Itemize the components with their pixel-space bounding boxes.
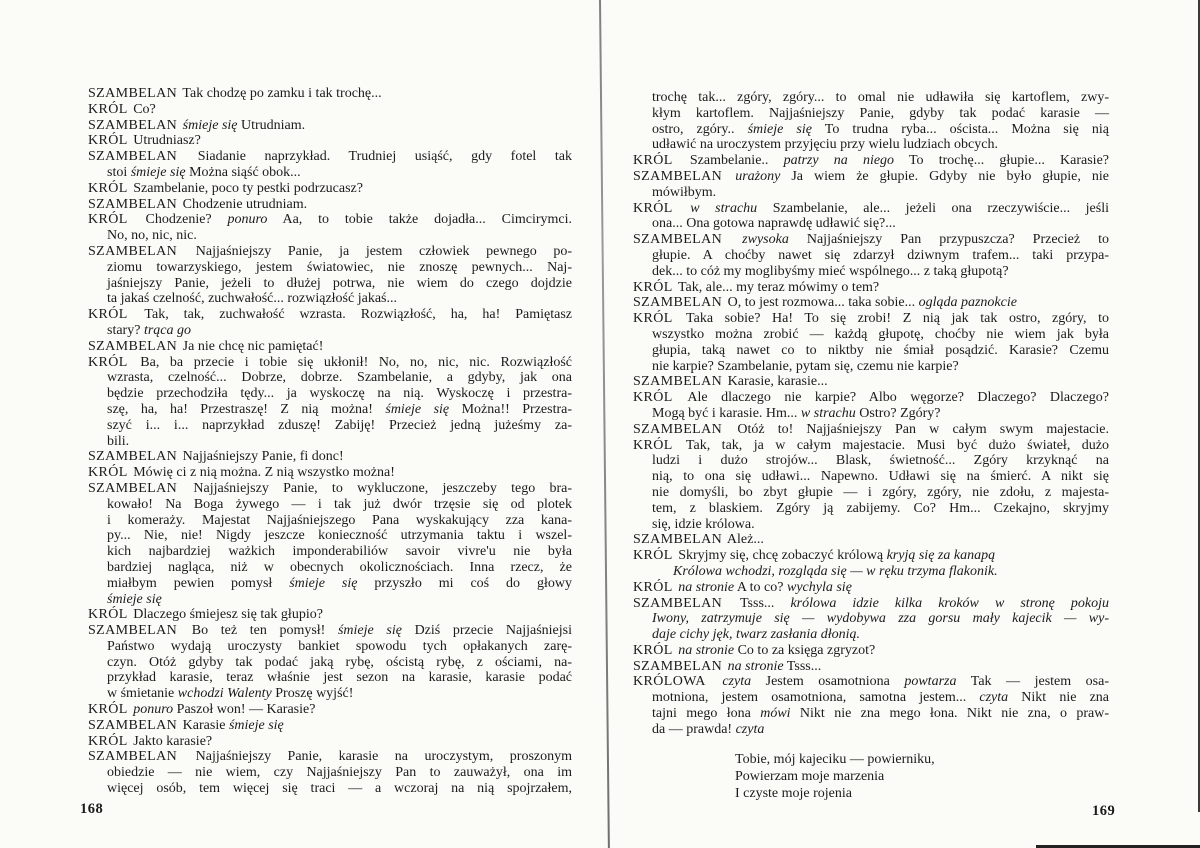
dialogue-text: głupie. A choćby nawet się zdarzył dziwn… (652, 248, 1109, 263)
stage-direction: mówi (760, 706, 790, 721)
play-line: Mogą być i karasie. Hm... w strachu Ostr… (633, 406, 1109, 422)
play-line: KRÓL Tak, tak, zuchwałość wzrasta. Rozwi… (88, 307, 572, 323)
stage-direction: Królowa wchodzi, rozgląda się — w ręku t… (673, 564, 998, 579)
play-line: KRÓL Tak, tak, ja w całym majestacie. Mu… (633, 438, 1109, 454)
play-line: SZAMBELAN Karasie śmieje się (88, 718, 572, 734)
play-line: SZAMBELAN Najjaśniejszy Panie, karasie n… (88, 749, 572, 765)
speaker-name: KRÓL (88, 734, 128, 749)
play-line: więcej osób, tem więcej się traci — a wc… (88, 781, 572, 797)
play-line: KRÓL Utrudniasz? (88, 133, 572, 149)
dialogue-text: To trudna ryba... oścista... Można się n… (812, 122, 1109, 137)
speaker-name: SZAMBELAN (633, 532, 722, 547)
dialogue-text: się, idzie królowa. (652, 517, 755, 532)
dialogue-text: Dlaczego śmiejesz się tak głupio? (130, 607, 323, 622)
speaker-name: SZAMBELAN (633, 596, 722, 611)
stage-direction: kryją się za kanapą (887, 548, 995, 563)
play-line: udławić na uroczystem przyjęciu przy wie… (633, 137, 1109, 153)
play-line: szyć i... i... naprzykład zduszę! Zabiję… (88, 418, 572, 434)
stage-direction: na stronie (675, 580, 734, 595)
play-line: przykład karasie, teraz właśnie jest sez… (88, 670, 572, 686)
play-line: KRÓL Taka sobie? Ha! To się zrobi! Z nią… (633, 311, 1109, 327)
stage-direction: ponuro (130, 702, 173, 717)
play-line: stary? trąca go (88, 323, 572, 339)
dialogue-text: ostro, zgóry.. (652, 122, 748, 137)
dialogue-text: Karasie, karasie... (724, 374, 827, 389)
dialogue-text: ziomu towarzyskiego, jestem światowiec, … (107, 260, 572, 275)
speaker-name: KRÓL (88, 355, 128, 370)
speaker-name: SZAMBELAN (633, 374, 722, 389)
play-line: głupie. A choćby nawet się zdarzył dziwn… (633, 248, 1109, 264)
play-line: KRÓL Jakto karasie? (88, 734, 572, 750)
dialogue-text: stoi (107, 165, 131, 180)
dialogue-text: nie karpie? Szambelanie, pytam się, czem… (652, 359, 959, 374)
play-line: wzrasta, czelność... Dobrze, dobrze. Sza… (88, 370, 572, 386)
play-line: No, no, nic, nic. (88, 228, 572, 244)
play-line: tem, z blaskiem. Zgóry ją zabijemy. Co? … (633, 501, 1109, 517)
stage-direction: czyta (708, 674, 751, 689)
speaker-name: SZAMBELAN (88, 623, 177, 638)
play-line: i komeraży. Majestat Najjaśniejszego Pan… (88, 513, 572, 529)
play-line: jaśniejszy Panie, jeżeli to dłużej potrw… (88, 276, 572, 292)
play-line: SZAMBELAN Tak chodzę po zamku i tak troc… (88, 86, 572, 102)
play-line: śmieje się (88, 592, 572, 608)
dialogue-text: Utrudniam. (238, 118, 306, 133)
dialogue-text: Szambelanie.. (675, 153, 784, 168)
stage-direction: wychyla się (787, 580, 852, 595)
speaker-name: SZAMBELAN (633, 659, 722, 674)
play-line: ludzi i dużo strojów... Blask, świetność… (633, 453, 1109, 469)
right-page-text: trochę tak... zgóry, zgóry... to omal ni… (633, 90, 1109, 802)
stage-direction: śmieje się (179, 118, 237, 133)
speaker-name: SZAMBELAN (633, 295, 722, 310)
play-line: SZAMBELAN Bo też ten pomysł! śmieje się … (88, 623, 572, 639)
speaker-name: KRÓL (633, 643, 673, 658)
speaker-name: KRÓL (88, 181, 128, 196)
dialogue-text: Skryjmy się, chcę zobaczyć królową (675, 548, 887, 563)
play-line: KRÓL Chodzenie? ponuro Aa, to tobie takż… (88, 212, 572, 228)
stage-direction: śmieje się (289, 576, 357, 591)
stage-direction: Iwony, zatrzymuje się — wydobywa zza gor… (652, 611, 1109, 626)
dialogue-text: motniona, jestem osamotniona, samotna je… (652, 690, 979, 705)
dialogue-text: Karasie (179, 718, 229, 733)
dialogue-text: bili. (107, 434, 129, 449)
speaker-name: SZAMBELAN (88, 149, 177, 164)
dialogue-text: Ostro? Zgóry? (856, 406, 941, 421)
play-line: głupia, taką nawet co to niktby nie śmia… (633, 343, 1109, 359)
dialogue-text: przyszło mi coś do głowy (357, 576, 572, 591)
speaker-name: KRÓL (633, 438, 673, 453)
play-line: KRÓL Tak, ale... my teraz mówimy o tem? (633, 280, 1109, 296)
speaker-name: SZAMBELAN (88, 481, 177, 496)
dialogue-text: Można!! Przestra- (449, 402, 572, 417)
speaker-name: KRÓL (88, 102, 128, 117)
speaker-name: KRÓL (88, 465, 128, 480)
play-line: ona... Ona gotowa naprawdę udławić się?.… (633, 216, 1109, 232)
speaker-name: SZAMBELAN (633, 169, 722, 184)
stage-direction: ponuro (227, 212, 267, 227)
play-line: SZAMBELAN Tsss... królowa idzie kilka kr… (633, 596, 1109, 612)
dialogue-text: nią, to ona się udławi... Napewno. Udław… (652, 469, 1109, 484)
speaker-name: SZAMBELAN (88, 244, 177, 259)
dialogue-text: A to co? (734, 580, 787, 595)
play-line: SZAMBELAN Chodzenie utrudniam. (88, 197, 572, 213)
play-line: SZAMBELAN śmieje się Utrudniam. (88, 118, 572, 134)
stage-direction: na stronie (724, 659, 783, 674)
play-line: ziomu towarzyskiego, jestem światowiec, … (88, 260, 572, 276)
speaker-name: SZAMBELAN (88, 449, 177, 464)
dialogue-text: Państwo wydają uroczysty bankiet spowodu… (107, 639, 572, 654)
play-line: py... Nie, nie! Nigdy jeszcze koniecznoś… (88, 528, 572, 544)
stage-direction: urażony (724, 169, 780, 184)
dialogue-text: Najjaśniejszy Panie, karasie na uroczyst… (179, 749, 572, 764)
play-line: miałbym pewien pomysł śmieje się przyszł… (88, 576, 572, 592)
dialogue-text: w śmietanie (107, 686, 178, 701)
stage-direction: czyta (736, 722, 765, 737)
book-scan: SZAMBELAN Tak chodzę po zamku i tak troc… (0, 0, 1200, 848)
play-line: bardziej nagląca, niż w obecnych okolicz… (88, 560, 572, 576)
dialogue-text: Można siąść obok... (186, 165, 301, 180)
dialogue-text: Aa, to tobie także dojadła... Cimcirymci… (267, 212, 572, 227)
dialogue-text: Bo też ten pomysł! (179, 623, 338, 638)
book-gutter (599, 0, 610, 848)
dialogue-text: O, to jest rozmowa... taka sobie... (724, 295, 918, 310)
play-line: SZAMBELAN na stronie Tsss... (633, 659, 1109, 675)
play-line: się, idzie królowa. (633, 517, 1109, 533)
speaker-name: SZAMBELAN (633, 422, 722, 437)
dialogue-text: udławić na uroczystem przyjęciu przy wie… (652, 137, 998, 152)
dialogue-text: Mówię ci z nią można. Z nią wszystko moż… (130, 465, 395, 480)
dialogue-text: Proszę wyjść! (272, 686, 354, 701)
dialogue-text: i komeraży. Majestat Najjaśniejszego Pan… (107, 513, 572, 528)
stage-direction: powtarza (904, 674, 956, 689)
dialogue-text: nie domyśli, bo zbyt głupie — i zgóry, z… (652, 485, 1109, 500)
play-line: KRÓL na stronie A to co? wychyla się (633, 580, 1109, 596)
dialogue-text: więcej osób, tem więcej się traci — a wc… (107, 781, 572, 796)
speaker-name: SZAMBELAN (88, 339, 177, 354)
speaker-name: KRÓLOWA (633, 674, 706, 689)
stage-direction: na stronie (675, 643, 734, 658)
play-line: motniona, jestem osamotniona, samotna je… (633, 690, 1109, 706)
dialogue-text: głupia, taką nawet co to niktby nie śmia… (652, 343, 1109, 358)
play-line: KRÓL Mówię ci z nią można. Z nią wszystk… (88, 465, 572, 481)
play-line: SZAMBELAN Najjaśniejszy Panie, ja jestem… (88, 244, 572, 260)
speaker-name: KRÓL (88, 607, 128, 622)
dialogue-text: da — prawda! (652, 722, 736, 737)
stage-direction: śmieje się (748, 122, 812, 137)
play-line: Państwo wydają uroczysty bankiet spowodu… (88, 639, 572, 655)
speaker-name: KRÓL (88, 133, 128, 148)
dialogue-text: czyn. Otóż gdyby tak podać jaką rybę, oś… (107, 655, 572, 670)
dialogue-text: Ale dlaczego nie karpie? Albo węgorze? D… (675, 390, 1109, 405)
play-line: KRÓL w strachu Szambelanie, ale... jeżel… (633, 201, 1109, 217)
dialogue-text: ta jakaś czelność, zuchwałość... rozwiąz… (107, 291, 397, 306)
page-number-left: 168 (80, 801, 103, 818)
dialogue-text: będzie przechodziła tędy... ja wyskoczę … (107, 386, 572, 401)
dialogue-text: Nikt nie zna (1008, 690, 1109, 705)
play-line: kowało! Na Boga żywego — i tak już dwór … (88, 497, 572, 513)
speaker-name: KRÓL (633, 311, 673, 326)
speaker-name: KRÓL (88, 702, 128, 717)
dialogue-text: Paszoł won! — Karasie? (173, 702, 315, 717)
play-line: dek... to cóż my moglibyśmy mieć wspólne… (633, 264, 1109, 280)
dialogue-text: Szambelanie, ale... jeżeli ona rzeczywiś… (757, 201, 1109, 216)
play-line: trochę tak... zgóry, zgóry... to omal ni… (633, 90, 1109, 106)
speaker-name: SZAMBELAN (633, 232, 722, 247)
dialogue-text: Otóż to! Najjaśniejszy Pan w całym swym … (724, 422, 1109, 437)
play-line: nie karpie? Szambelanie, pytam się, czem… (633, 359, 1109, 375)
dialogue-text: No, no, nic, nic. (107, 228, 197, 243)
stage-direction: ogląda paznokcie (919, 295, 1017, 310)
dialogue-text: Tsss... (784, 659, 822, 674)
dialogue-text: przykład karasie, teraz właśnie jest sez… (107, 670, 572, 685)
play-line: Tobie, mój kajeciku — powierniku, (633, 751, 1109, 768)
play-line: KRÓL na stronie Co to za księga zgryzot? (633, 643, 1109, 659)
play-line: KRÓL Ale dlaczego nie karpie? Albo węgor… (633, 390, 1109, 406)
dialogue-text: Tak, ale... my teraz mówimy o tem? (675, 280, 879, 295)
stage-direction: czyta (979, 690, 1008, 705)
dialogue-text: Najjaśniejszy Panie, to wykluczone, jesz… (179, 481, 572, 496)
dialogue-text: Najjaśniejszy Panie, fi donc! (179, 449, 343, 464)
play-line: mówiłbym. (633, 185, 1109, 201)
play-line: SZAMBELAN Siadanie naprzykład. Trudniej … (88, 149, 572, 165)
stage-direction: śmieje się (338, 623, 402, 638)
dialogue-text: Tak — jestem osa- (956, 674, 1109, 689)
dialogue-text: Dziś przecie Najjaśniejsi (402, 623, 572, 638)
dialogue-text: mówiłbym. (652, 185, 716, 200)
speaker-name: KRÓL (633, 153, 673, 168)
dialogue-text: bardziej nagląca, niż w obecnych okolicz… (107, 560, 572, 575)
stage-direction: w strachu (675, 201, 757, 216)
dialogue-text: Chodzenie utrudniam. (179, 197, 307, 212)
speaker-name: KRÓL (633, 280, 673, 295)
speaker-name: SZAMBELAN (88, 118, 177, 133)
dialogue-text: szyć i... i... naprzykład zduszę! Zabiję… (107, 418, 572, 433)
play-line: SZAMBELAN Otóż to! Najjaśniejszy Pan w c… (633, 422, 1109, 438)
dialogue-text: Jakto karasie? (130, 734, 212, 749)
speaker-name: SZAMBELAN (88, 197, 177, 212)
speaker-name: KRÓL (88, 307, 128, 322)
play-line: da — prawda! czyta (633, 722, 1109, 738)
play-line: czyn. Otóż gdyby tak podać jaką rybę, oś… (88, 655, 572, 671)
dialogue-text: Ja nie chcę nic pamiętać! (179, 339, 323, 354)
play-line: KRÓL Skryjmy się, chcę zobaczyć królową … (633, 548, 1109, 564)
play-line: SZAMBELAN Ja nie chcę nic pamiętać! (88, 339, 572, 355)
left-page-text: SZAMBELAN Tak chodzę po zamku i tak troc… (88, 86, 572, 797)
dialogue-text: To trochę... głupie... Karasie? (894, 153, 1109, 168)
dialogue-text: py... Nie, nie! Nigdy jeszcze koniecznoś… (107, 528, 572, 543)
dialogue-text: Tobie, mój kajeciku — powierniku, (735, 752, 935, 767)
speaker-name: KRÓL (633, 201, 673, 216)
play-line: KRÓL Szambelanie, poco ty pestki podrzuc… (88, 181, 572, 197)
dialogue-text: Chodzenie? (130, 212, 228, 227)
dialogue-text: Siadanie naprzykład. Trudniej usiąść, gd… (179, 149, 572, 164)
speaker-name: KRÓL (633, 390, 673, 405)
dialogue-text: Utrudniasz? (130, 133, 201, 148)
play-line: I czyste moje rojenia (633, 785, 1109, 802)
stage-direction: trąca go (144, 323, 191, 338)
dialogue-text: Taka sobie? Ha! To się zrobi! Z nią jak … (675, 311, 1109, 326)
dialogue-text: dek... to cóż my moglibyśmy mieć wspólne… (652, 264, 1009, 279)
play-line: w śmietanie wchodzi Walenty Proszę wyjść… (88, 686, 572, 702)
stage-direction: śmieje się (229, 718, 284, 733)
stage-direction: w strachu (801, 406, 856, 421)
dialogue-text: Co? (130, 102, 156, 117)
dialogue-text: wzrasta, czelność... Dobrze, dobrze. Sza… (107, 370, 572, 385)
speaker-name: KRÓL (633, 580, 673, 595)
dialogue-text: trochę tak... zgóry, zgóry... to omal ni… (652, 90, 1109, 105)
play-line: bili. (88, 434, 572, 450)
play-line: ostro, zgóry.. śmieje się To trudna ryba… (633, 122, 1109, 138)
play-line: nie domyśli, bo zbyt głupie — i zgóry, z… (633, 485, 1109, 501)
play-line: KRÓL Szambelanie.. patrzy na niego To tr… (633, 153, 1109, 169)
speaker-name: SZAMBELAN (88, 718, 177, 733)
dialogue-text: ona... Ona gotowa naprawdę udławić się?.… (652, 216, 896, 231)
play-line: KRÓL Co? (88, 102, 572, 118)
stage-direction: zwysoka (724, 232, 789, 247)
dialogue-text: Powierzam moje marzenia (735, 769, 884, 784)
dialogue-text: Ba, ba przecie i tobie się ukłonił! No, … (130, 355, 572, 370)
play-line: obiedzie — nie wiem, czy Najjaśniejszy P… (88, 765, 572, 781)
play-line: SZAMBELAN O, to jest rozmowa... taka sob… (633, 295, 1109, 311)
stage-direction: patrzy na niego (784, 153, 894, 168)
play-line: Królowa wchodzi, rozgląda się — w ręku t… (633, 564, 1109, 580)
dialogue-text: Mogą być i karasie. Hm... (652, 406, 801, 421)
play-line: KRÓL Ba, ba przecie i tobie się ukłonił!… (88, 355, 572, 371)
play-line: kich najbardziej ważkich imponderabiliów… (88, 544, 572, 560)
play-line: ta jakaś czelność, zuchwałość... rozwiąz… (88, 291, 572, 307)
dialogue-text: kowało! Na Boga żywego — i tak już dwór … (107, 497, 572, 512)
dialogue-text: stary? (107, 323, 144, 338)
play-line: SZAMBELAN Karasie, karasie... (633, 374, 1109, 390)
play-line: KRÓLOWA czyta Jestem osamotniona powtarz… (633, 674, 1109, 690)
speaker-name: SZAMBELAN (88, 86, 177, 101)
dialogue-text: wszystko można zrobić — każdą głupotę, c… (652, 327, 1109, 342)
play-line: szę, ha, ha! Przestraszę! Z nią można! ś… (88, 402, 572, 418)
dialogue-text: Tak chodzę po zamku i tak trochę... (179, 86, 381, 101)
dialogue-text: I czyste moje rojenia (735, 786, 852, 801)
play-line: stoi śmieje się Można siąść obok... (88, 165, 572, 181)
play-line: Powierzam moje marzenia (633, 768, 1109, 785)
stage-direction: daje cichy jęk, twarz zasłania dłonią. (652, 627, 860, 642)
stage-direction: królowa idzie kilka kroków w stronę poko… (790, 596, 1109, 611)
dialogue-text: Co to za księga zgryzot? (734, 643, 875, 658)
dialogue-text: Nikt nie zna mego łona. Nikt nie zna, o … (791, 706, 1109, 721)
dialogue-text: obiedzie — nie wiem, czy Najjaśniejszy P… (107, 765, 572, 780)
dialogue-text: tem, z blaskiem. Zgóry ją zabijemy. Co? … (652, 501, 1109, 516)
dialogue-text: jaśniejszy Panie, jeżeli to dłużej potrw… (107, 276, 572, 291)
play-line: KRÓL Dlaczego śmiejesz się tak głupio? (88, 607, 572, 623)
dialogue-text: szę, ha, ha! Przestraszę! Z nią można! (107, 402, 385, 417)
play-line: SZAMBELAN zwysoka Najjaśniejszy Pan przy… (633, 232, 1109, 248)
speaker-name: KRÓL (633, 548, 673, 563)
play-line: kłym kartoflem. Najjaśniejszy Panie, gdy… (633, 106, 1109, 122)
dialogue-text: Szambelanie, poco ty pestki podrzucasz? (130, 181, 363, 196)
play-line: SZAMBELAN Najjaśniejszy Panie, fi donc! (88, 449, 572, 465)
play-line: SZAMBELAN Najjaśniejszy Panie, to wykluc… (88, 481, 572, 497)
stage-direction: śmieje się (131, 165, 186, 180)
stage-direction: śmieje się (107, 592, 162, 607)
dialogue-text: Tak, tak, zuchwałość wzrasta. Rozwiązłoś… (130, 307, 572, 322)
dialogue-text: Jestem osamotniona (751, 674, 904, 689)
dialogue-text: Tak, tak, ja w całym majestacie. Musi by… (675, 438, 1109, 453)
play-line: daje cichy jęk, twarz zasłania dłonią. (633, 627, 1109, 643)
dialogue-text: Najjaśniejszy Pan przypuszcza? Przecież … (789, 232, 1109, 247)
dialogue-text: ludzi i dużo strojów... Blask, świetność… (652, 453, 1109, 468)
play-line: wszystko można zrobić — każdą głupotę, c… (633, 327, 1109, 343)
dialogue-text: miałbym pewien pomysł (107, 576, 289, 591)
play-line: SZAMBELAN Ależ... (633, 532, 1109, 548)
play-line: SZAMBELAN urażony Ja wiem że głupie. Gdy… (633, 169, 1109, 185)
play-line: KRÓL ponuro Paszoł won! — Karasie? (88, 702, 572, 718)
dialogue-text: Najjaśniejszy Panie, ja jestem człowiek … (179, 244, 572, 259)
play-line: będzie przechodziła tędy... ja wyskoczę … (88, 386, 572, 402)
dialogue-text: Ależ... (724, 532, 764, 547)
play-line: nią, to ona się udławi... Napewno. Udław… (633, 469, 1109, 485)
play-line: tajni mego łona mówi Nikt nie zna mego ł… (633, 706, 1109, 722)
dialogue-text: Ja wiem że głupie. Gdyby nie było głupie… (780, 169, 1109, 184)
page-number-right: 169 (1092, 803, 1115, 820)
dialogue-text: Tsss... (724, 596, 790, 611)
speaker-name: KRÓL (88, 212, 128, 227)
play-line: Iwony, zatrzymuje się — wydobywa zza gor… (633, 611, 1109, 627)
dialogue-text: kłym kartoflem. Najjaśniejszy Panie, gdy… (652, 106, 1109, 121)
dialogue-text: tajni mego łona (652, 706, 760, 721)
dialogue-text: kich najbardziej ważkich imponderabiliów… (107, 544, 572, 559)
stage-direction: śmieje się (385, 402, 449, 417)
stage-direction: wchodzi Walenty (178, 686, 272, 701)
speaker-name: SZAMBELAN (88, 749, 177, 764)
